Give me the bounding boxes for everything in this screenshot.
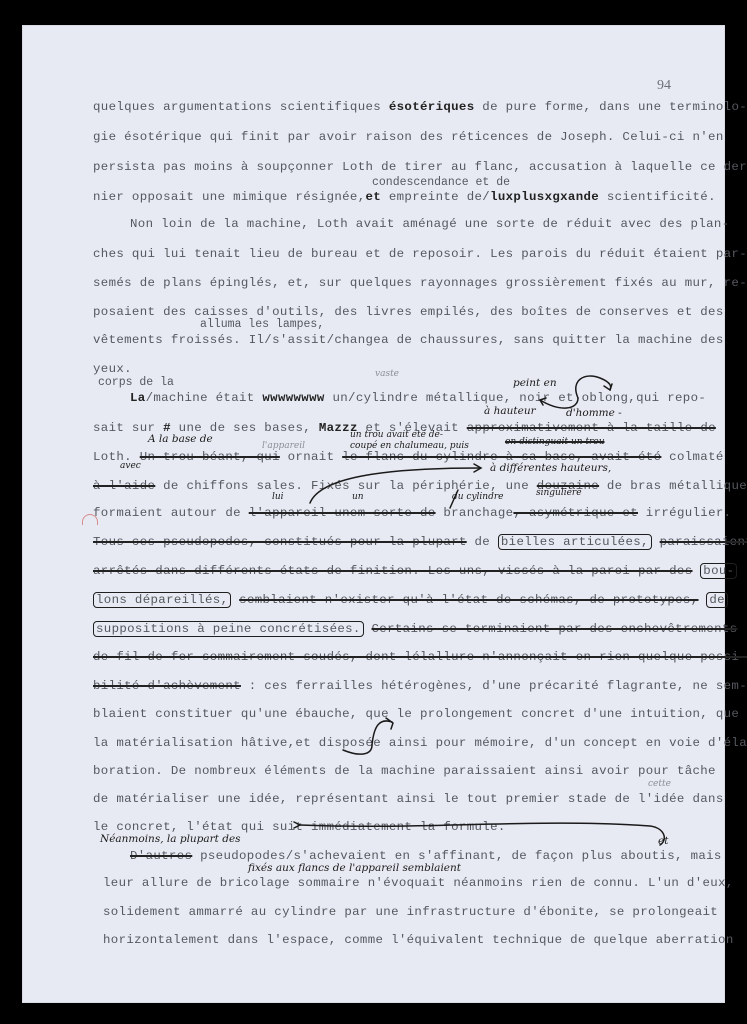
annotation-un: un bbox=[352, 492, 364, 502]
annotation-a-la-base: A la base de bbox=[148, 433, 213, 445]
text-line-6: ches qui lui tenait lieu de bureau et de… bbox=[93, 247, 747, 261]
text-line-2: gie ésotérique qui finit par avoir raiso… bbox=[93, 130, 724, 144]
annotation-vaste: vaste bbox=[375, 369, 399, 379]
annotation-peint-en: peint en bbox=[513, 377, 557, 389]
annotation-et: et bbox=[658, 835, 668, 847]
text-line-9: vêtements froissés. Il/s'assit/changea d… bbox=[93, 333, 724, 347]
text-line-23: la matérialisation hâtive,et disposée ai… bbox=[93, 736, 747, 750]
annotation-neanmoins: Néanmoins, la plupart des bbox=[100, 833, 241, 845]
text-line-20: de fil de fer sommairement soudés, dont … bbox=[93, 650, 747, 664]
margin-mark bbox=[82, 514, 98, 525]
annotation-cette: cette bbox=[648, 779, 671, 789]
text-line-25: de matérialiser une idée, représentant a… bbox=[93, 792, 724, 806]
text-line-10: yeux. bbox=[93, 362, 132, 376]
text-line-11: La/machine était wwwwwwww un/cylindre mé… bbox=[130, 391, 706, 405]
annotation-differentes-hauteurs: à différentes hauteurs, bbox=[490, 462, 611, 474]
annotation-lui: lui bbox=[272, 492, 284, 502]
annotation-on-distinguait: on distinguait un trou bbox=[505, 437, 605, 447]
text-line-1: quelques argumentations scientifiques és… bbox=[93, 100, 747, 114]
typed-insertion-alluma: alluma les lampes, bbox=[200, 318, 324, 331]
annotation-du-cylindre: du cylindre bbox=[452, 492, 504, 502]
text-line-16: Tous ces pseudopodes, constitués pour la… bbox=[93, 535, 747, 549]
page-number: 94 bbox=[657, 78, 671, 94]
text-line-24: boration. De nombreux éléments de la mac… bbox=[93, 764, 716, 778]
text-line-19: suppositions à peine concrétisées. Certa… bbox=[93, 622, 737, 636]
text-line-28: leur allure de bricolage sommaire n'évoq… bbox=[103, 876, 734, 890]
annotation-un-trou: un trou avait été de- bbox=[350, 430, 443, 440]
text-line-14: à l'aide de chiffons sales. Fixés sur la… bbox=[93, 479, 747, 493]
typed-insertion-corps: corps de la bbox=[98, 376, 174, 389]
typed-insertion-condescendance: condescendance et de bbox=[372, 176, 510, 189]
text-line-8: posaient des caisses d'outils, des livre… bbox=[93, 305, 724, 319]
annotation-singuliere: singulière bbox=[536, 488, 582, 498]
text-line-27: D'autres pseudopodes/s'achevaient en s'a… bbox=[130, 849, 722, 863]
text-line-29: solidement ammarré au cylindre par une i… bbox=[103, 905, 718, 919]
text-line-3: persista pas moins à soupçonner Loth de … bbox=[93, 160, 747, 174]
text-line-13: Loth. Un trou béant, qui ornait le flanc… bbox=[93, 450, 724, 464]
text-line-7: semés de plans épinglés, et, sur quelque… bbox=[93, 276, 747, 290]
text-line-21: bilité d'achèvement : ces ferrailles hét… bbox=[93, 679, 747, 693]
text-line-5: Non loin de la machine, Loth avait aména… bbox=[130, 217, 730, 231]
annotation-fixes-aux-flancs: fixés aux flancs de l'appareil semblaien… bbox=[248, 862, 461, 874]
text-line-26: le concret, l'état qui suit immédiatemen… bbox=[93, 820, 506, 834]
annotation-a-hauteur: à hauteur bbox=[484, 405, 536, 417]
annotation-homme: d'homme - bbox=[566, 407, 622, 419]
annotation-avec: avec bbox=[120, 461, 141, 471]
text-line-30: horizontalement dans l'espace, comme l'é… bbox=[103, 933, 734, 947]
text-line-17: arrêtés dans différents états de finitio… bbox=[93, 564, 737, 578]
text-line-18: lons dépareillés, semblaient n'exister q… bbox=[93, 593, 728, 607]
text-line-22: blaient constituer qu'une ébauche, que l… bbox=[93, 707, 739, 721]
text-line-4: nier opposait une mimique résignée,et em… bbox=[93, 190, 716, 204]
text-line-15: formaient autour de l'appareil unem sort… bbox=[93, 506, 731, 520]
